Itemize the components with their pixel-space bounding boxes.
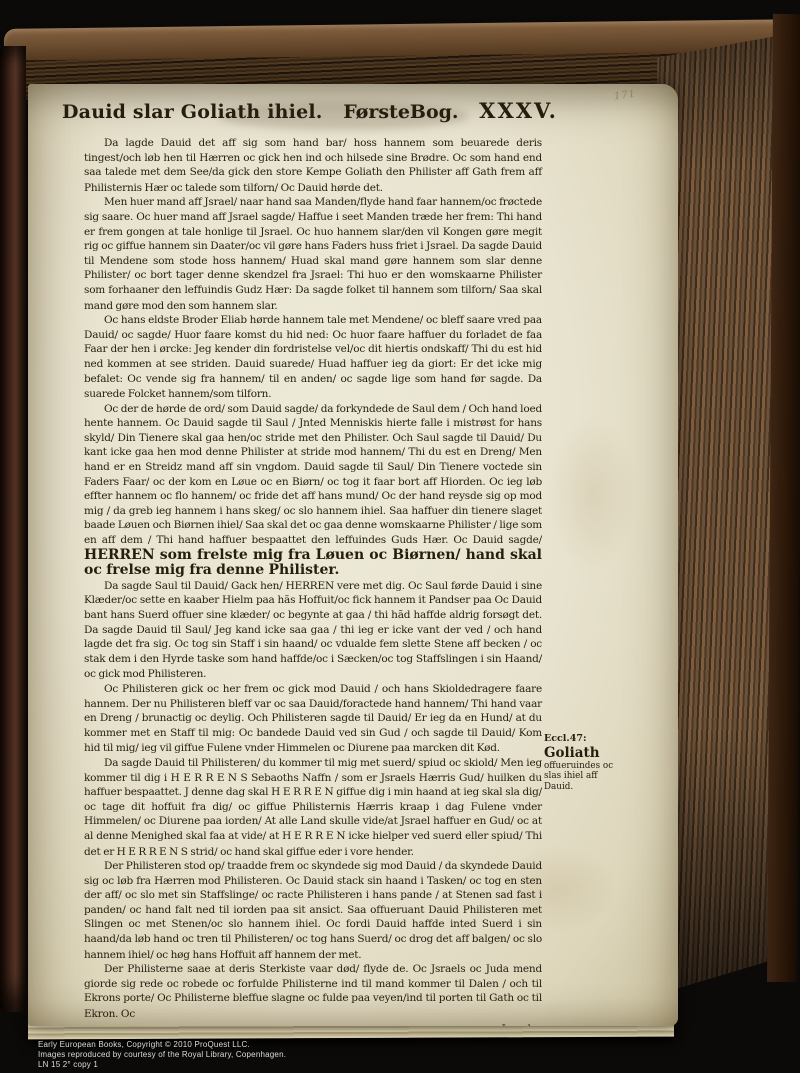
paragraph-text: Da lagde Dauid det aff sig som hand bar/…: [84, 137, 542, 194]
footer-shelfmark-line: LN 15 2° copy 1: [38, 1060, 286, 1070]
paragraph-emphasis: HERREN som frelste mig fra Løuen oc Biør…: [84, 547, 542, 579]
running-header-book-name: FørsteBog.: [343, 101, 458, 123]
margin-note-reference: Eccl.47:: [544, 734, 624, 745]
body-paragraph: Da sagde Dauid til Philisteren/ du komme…: [84, 756, 542, 859]
footer-courtesy-line: Images reproduced by courtesy of the Roy…: [38, 1050, 286, 1060]
margin-note-title: Goliath: [544, 746, 624, 760]
body-text-block: Da lagde Dauid det aff sig som hand bar/…: [84, 136, 542, 1026]
paragraph-text: Der Philisterne saae at deris Sterkiste …: [84, 963, 542, 1020]
margin-note-text: offueruindes oc slas ihiel aff Dauid.: [544, 761, 624, 793]
catchword-row: Jsraels: [84, 1022, 542, 1026]
body-paragraph: Men huer mand aff Jsrael/ naar hand saa …: [84, 195, 542, 313]
paragraph-text: Da sagde Saul til Dauid/ Gack hen/ HERRE…: [84, 580, 542, 681]
margin-note: Eccl.47: Goliath offueruindes oc slas ih…: [544, 734, 624, 792]
body-paragraph: Oc Philisteren gick oc her frem oc gick …: [84, 682, 542, 756]
body-paragraph: Der Philisterne saae at deris Sterkiste …: [84, 962, 542, 1021]
paragraph-text: Oc hans eldste Broder Eliab hørde hannem…: [84, 314, 542, 400]
body-paragraph: Oc der de hørde de ord/ som Dauid sagde/…: [84, 402, 542, 579]
footer-copyright-line: Early European Books, Copyright © 2010 P…: [38, 1040, 286, 1050]
photo-background: 171 Dauid slar Goliath ihiel. FørsteBog.…: [0, 0, 800, 1073]
proquest-footer: Early European Books, Copyright © 2010 P…: [38, 1040, 286, 1070]
paragraph-text: Oc der de hørde de ord/ som Dauid sagde/…: [84, 403, 542, 546]
body-paragraph: Da lagde Dauid det aff sig som hand bar/…: [84, 136, 542, 195]
page-number-roman: XXXV.: [479, 98, 558, 123]
paragraph-text: Men huer mand aff Jsrael/ naar hand saa …: [84, 196, 542, 311]
book-spine-edge: [0, 46, 26, 1012]
book-cover-right-edge: [767, 14, 800, 982]
body-paragraph: Der Philisteren stod op/ traadde frem oc…: [84, 859, 542, 962]
paper-stain: [548, 414, 638, 574]
paragraph-text: Oc Philisteren gick oc her frem oc gick …: [84, 683, 542, 754]
book-page: 171 Dauid slar Goliath ihiel. FørsteBog.…: [28, 84, 678, 1026]
body-paragraph: Oc hans eldste Broder Eliab hørde hannem…: [84, 313, 542, 402]
body-paragraph: Da sagde Saul til Dauid/ Gack hen/ HERRE…: [84, 579, 542, 682]
running-header-title: Dauid slar Goliath ihiel.: [62, 101, 323, 123]
running-header: Dauid slar Goliath ihiel. FørsteBog. XXX…: [62, 98, 558, 123]
paragraph-text: Der Philisteren stod op/ traadde frem oc…: [84, 860, 542, 961]
handwritten-folio-number: 171: [613, 89, 636, 103]
catchword: Jsraels: [502, 1023, 536, 1026]
paragraph-text: Da sagde Dauid til Philisteren/ du komme…: [84, 757, 542, 858]
